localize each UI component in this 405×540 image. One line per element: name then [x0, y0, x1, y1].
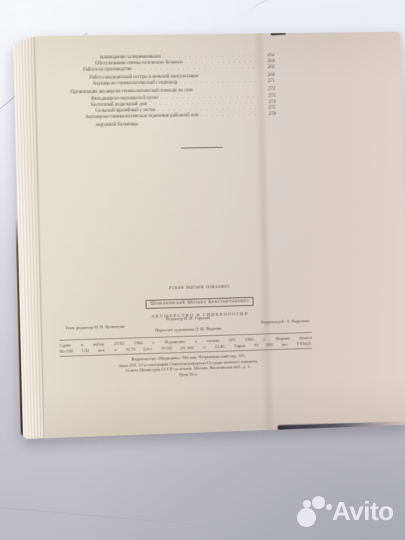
toc-item-label: Работа на производстве — [83, 67, 132, 74]
book-page-block: Наблюдение за беременными262Обслуживание… — [11, 32, 405, 439]
book-photo: Наблюдение за беременными262Обслуживание… — [11, 32, 405, 439]
toc-item-page: 271 — [261, 79, 275, 85]
dot-leader — [200, 72, 259, 78]
dot-leader — [185, 59, 259, 65]
dot-leader — [195, 86, 259, 92]
avito-watermark: Avito — [294, 492, 398, 532]
toc-item-label: окружной больницы — [96, 122, 138, 129]
paper-crease — [97, 514, 98, 540]
avito-logo-icon — [312, 496, 325, 509]
avito-wordmark: Avito — [332, 496, 394, 526]
toc-item-page: 278 — [262, 112, 276, 118]
toc-item-page: 265 — [261, 65, 275, 71]
author-name-boxed: Шимановский Михаил Константинович — [145, 297, 254, 309]
toc-item-label: Акушерско-гинекологический стационар — [93, 81, 178, 88]
avito-logo-icon — [303, 500, 311, 508]
toc-list: Наблюдение за беременными262Обслуживание… — [57, 53, 276, 130]
dot-leader — [140, 118, 260, 125]
dot-leader — [201, 112, 260, 118]
avito-logo-icon — [297, 508, 316, 527]
